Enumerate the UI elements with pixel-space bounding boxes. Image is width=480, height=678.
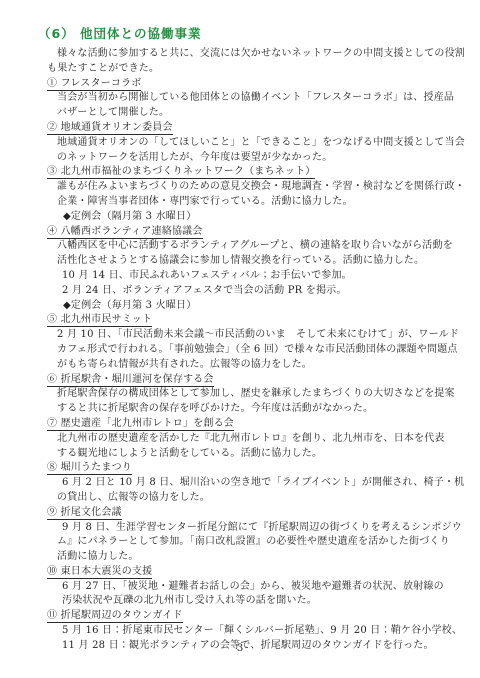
item-text-line: ム』にパネラーとして参加。「南口改札設置』の必要性や歴史遺産を活かした街づくり [57, 535, 448, 550]
item-text-line: 9 月 8 日、生涯学習センター折尾分館にて『折尾駅周辺の街づくりを考えるシンポ… [62, 521, 448, 536]
page-number: 3 [0, 643, 480, 654]
item-heading: ⑩ 東日本大震災の支援 [47, 565, 448, 580]
item-heading-text: ③ 北九州市福祉のまちづくりネットワーク（まちネット） [47, 166, 315, 179]
document-body: 様々な活動に参加すると共に、交流には欠かせないネットワークの中間支援としての役割… [47, 47, 448, 654]
item-heading: ② 地域通貨オリオン委員会 [47, 121, 448, 136]
item-text-line: 活性化させようとする協議会に参加し情報交換を行っている。活動に協力した。 [57, 254, 448, 269]
item-heading-text: ① フレスターコラボ [47, 78, 141, 91]
item-text-line: 地域通貨オリオンの「してほしいこと」と「できること」をつなげる中間支援として当会 [57, 136, 448, 151]
item-text-line: 誰もが住みよいまちづくりのための意見交換会・現地調査・学習・検討などを関係行政・ [57, 180, 448, 195]
item-text-line: 北九州市の歴史遺産を活かした『北九州市レトロ』を創り、北九州市を、日本を代表 [57, 432, 448, 447]
item-text-line: する観光地にしようと活動をしている。活動に協力した。 [57, 447, 448, 462]
item-heading-text: ④ 八幡西ボランティア連絡協議会 [47, 226, 203, 239]
item-text-line: がもち寄られ情報が共有された。広報等の協力をした。 [57, 358, 448, 373]
item-text-line: 2 月 24 日、ボランティアフェスタで当会の活動 PR を掲示。 [62, 284, 448, 299]
item-heading: ⑪ 折尾駅周辺のタウンガイド [47, 609, 448, 624]
item-text-line: 汚染状況や瓦礫の北九州市し受け入れ等の話を聞いた。 [62, 594, 448, 609]
item-text-line: の貸出し、広報等の協力をした。 [57, 491, 448, 506]
item-text-line: ◆定例会（毎月第 3 火曜日） [63, 299, 448, 314]
item-text-line: 6 月 2 日と 10 月 8 日、堀川沿いの空き地で「ライブイベント」が開催さ… [62, 476, 448, 491]
item-text-line: 当会が当初から開催している他団体との協働イベント「フレスターコラボ」は、授産品 [57, 91, 448, 106]
item-heading-text: ⑨ 折尾文化会議 [47, 507, 122, 520]
item-heading: ⑥ 折尾駅舎・堀川運河を保存する会 [47, 373, 448, 388]
item-text-line: 5 月 16 日：折尾東市民センター「輝くシルバー折尾塾」、9 月 20 日：鞘… [62, 624, 448, 639]
item-text-line: 企業・障害当事者団体・専門家で行っている。活動に協力した。 [57, 195, 448, 210]
page-title: （6） 他団体との協働事業 [38, 26, 448, 42]
item-text-line: 10 月 14 日、市民ふれあいフェスティバル；お手伝いで参加。 [62, 269, 448, 284]
item-heading: ① フレスターコラボ [47, 77, 448, 92]
item-text-line: 八幡西区を中心に活動するボランティアグループと、横の連絡を取り合いながら活動を [57, 239, 448, 254]
item-heading: ⑧ 堀川うたまつり [47, 461, 448, 476]
item-text-line: 活動に協力した。 [57, 550, 448, 565]
item-text-line: ◆定例会（隔月第 3 水曜日） [63, 210, 448, 225]
intro-line: 様々な活動に参加すると共に、交流には欠かせないネットワークの中間支援としての役割 [57, 47, 448, 62]
item-heading-text: ⑧ 堀川うたまつり [47, 462, 132, 475]
item-text-line: カフェ形式で行われる。「事前勉強会」（全 6 回）で様々な市民活動団体の課題や問… [57, 343, 448, 358]
item-heading: ⑤ 北九州市民サミット [47, 313, 448, 328]
item-heading-text: ⑦ 歴史遺産「北九州市レトロ」を創る会 [47, 418, 234, 431]
item-text-line: バザーとして開催した。 [57, 106, 448, 121]
item-text-line: 6 月 27 日、「被災地・避難者お話しの会」から、被災地や避難者の状況、放射線… [62, 580, 448, 595]
item-heading: ④ 八幡西ボランティア連絡協議会 [47, 225, 448, 240]
item-text-line: のネットワークを活用したが、今年度は要望が少なかった。 [57, 151, 448, 166]
item-heading-text: ⑥ 折尾駅舎・堀川運河を保存する会 [47, 374, 214, 387]
item-text-line: 折尾駅舎保存の構成団体として参加し、歴史を継承したまちづくりの大切さなどを提案 [57, 387, 448, 402]
item-text-line: すると共に折尾駅舎の保存を呼びかけた。今年度は活動がなかった。 [57, 402, 448, 417]
item-heading: ③ 北九州市福祉のまちづくりネットワーク（まちネット） [47, 165, 448, 180]
item-heading-text: ⑤ 北九州市民サミット [47, 314, 152, 327]
item-heading-text: ② 地域通貨オリオン委員会 [47, 122, 173, 135]
item-text-line: 2 月 10 日、「市民活動未来会議〜市民活動のいま そして未来にむけて」が、ワ… [57, 328, 448, 343]
intro-line: も果たすことができた。 [47, 62, 448, 77]
item-heading-text: ⑪ 折尾駅周辺のタウンガイド [47, 610, 183, 623]
item-heading-text: ⑩ 東日本大震災の支援 [47, 566, 152, 579]
document-page: （6） 他団体との協働事業 様々な活動に参加すると共に、交流には欠かせないネット… [0, 0, 480, 678]
item-heading: ⑨ 折尾文化会議 [47, 506, 448, 521]
item-heading: ⑦ 歴史遺産「北九州市レトロ」を創る会 [47, 417, 448, 432]
